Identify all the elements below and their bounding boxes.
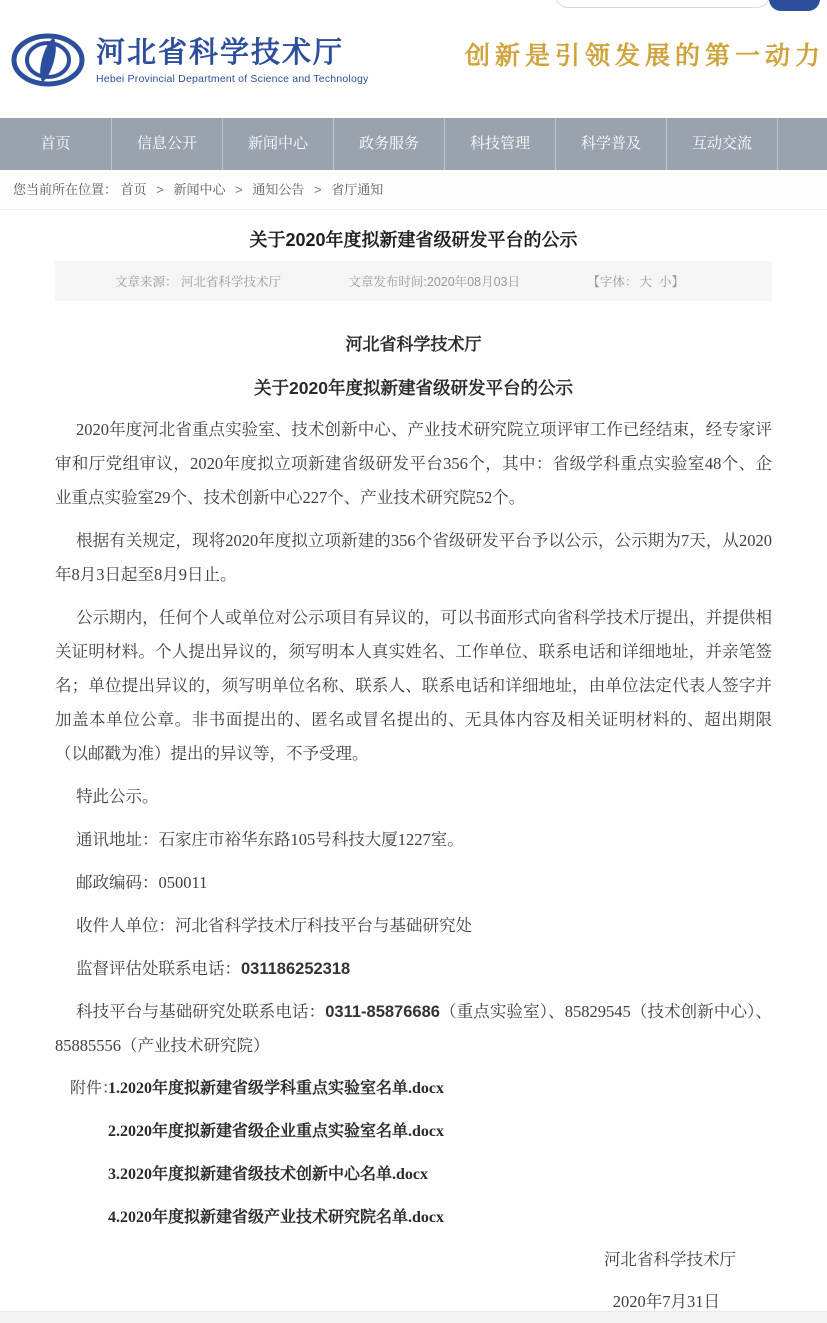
font-size-control: 【字体：大小】 xyxy=(587,272,684,290)
paragraph-postal-code: 邮政编码：050011 xyxy=(55,866,772,900)
logo-title: 河北省科学技术厅 xyxy=(96,36,368,70)
signature-org: 河北省科学技术厅 xyxy=(55,1243,772,1277)
nav-item-info-disclosure[interactable]: 信息公开 xyxy=(111,118,222,170)
paragraph-mailing-address: 通讯地址：石家庄市裕华东路105号科技大厦1227室。 xyxy=(55,823,772,857)
breadcrumb-home[interactable]: 首页 xyxy=(121,182,147,197)
attachment-link-enterprise-labs[interactable]: 2.2020年度拟新建省级企业重点实验室名单.docx xyxy=(108,1123,444,1140)
supervision-phone-label: 监督评估处联系电话： xyxy=(76,959,241,978)
site-slogan: 创新是引领发展的第一动力 xyxy=(465,36,825,72)
breadcrumb-label: 您当前所在位置： xyxy=(13,182,117,197)
search-button[interactable] xyxy=(769,0,820,11)
attachment-link-innovation-centers[interactable]: 3.2020年度拟新建省级技术创新中心名单.docx xyxy=(108,1166,428,1183)
page: 河北省科学技术厅 Hebei Provincial Department of … xyxy=(0,0,827,1323)
nav-filler xyxy=(777,118,827,170)
site-logo[interactable]: 河北省科学技术厅 Hebei Provincial Department of … xyxy=(10,32,368,88)
paragraph-supervision-phone: 监督评估处联系电话：031186252318 xyxy=(55,952,772,986)
nav-item-tech-management[interactable]: 科技管理 xyxy=(444,118,555,170)
platform-phone-number: 0311-85876686 xyxy=(325,1003,440,1021)
page-title: 关于2020年度拟新建省级研发平台的公示 xyxy=(55,227,772,253)
font-size-label-close: 】 xyxy=(671,275,684,289)
platform-phone-label: 科技平台与基础研究处联系电话： xyxy=(76,1002,325,1021)
nav-item-news-center[interactable]: 新闻中心 xyxy=(222,118,333,170)
article-content: 关于2020年度拟新建省级研发平台的公示 文章来源： 河北省科学技术厅 文章发布… xyxy=(0,227,827,1319)
breadcrumb: 您当前所在位置： 首页 > 新闻中心 > 通知公告 > 省厅通知 xyxy=(0,170,827,210)
attachment-row: 2.2020年度拟新建省级企业重点实验室名单.docx xyxy=(55,1115,772,1149)
breadcrumb-separator: > xyxy=(235,182,243,197)
breadcrumb-dept-notice[interactable]: 省厅通知 xyxy=(331,182,383,197)
paragraph-objection-rules: 公示期内，任何个人或单位对公示项目有异议的，可以书面形式向省科学技术厅提出，并提… xyxy=(55,601,772,771)
nav-item-home[interactable]: 首页 xyxy=(0,118,111,170)
breadcrumb-separator: > xyxy=(314,182,322,197)
attachments-section: 附件： 1.2020年度拟新建省级学科重点实验室名单.docx 2.2020年度… xyxy=(55,1072,772,1235)
supervision-phone-number: 031186252318 xyxy=(241,960,350,978)
logo-emblem-icon xyxy=(10,32,86,88)
nav-item-gov-services[interactable]: 政务服务 xyxy=(333,118,444,170)
breadcrumb-separator: > xyxy=(156,182,164,197)
paragraph-recipient-unit: 收件人单位：河北省科学技术厅科技平台与基础研究处 xyxy=(55,909,772,943)
nav-item-science-popularization[interactable]: 科学普及 xyxy=(555,118,666,170)
article-publish-time: 文章发布时间:2020年08月03日 xyxy=(348,272,520,290)
article-meta-bar: 文章来源： 河北省科学技术厅 文章发布时间:2020年08月03日 【字体：大小… xyxy=(55,261,772,301)
font-size-small-button[interactable]: 小 xyxy=(659,275,672,289)
paragraph-hereby-announced: 特此公示。 xyxy=(55,780,772,814)
search-input[interactable] xyxy=(555,0,770,8)
attachment-row: 附件： 1.2020年度拟新建省级学科重点实验室名单.docx xyxy=(55,1072,772,1106)
logo-subtitle: Hebei Provincial Department of Science a… xyxy=(96,73,368,85)
breadcrumb-news-center[interactable]: 新闻中心 xyxy=(174,182,226,197)
main-nav: 首页 信息公开 新闻中心 政务服务 科技管理 科学普及 互动交流 xyxy=(0,118,827,170)
article-source: 文章来源： 河北省科学技术厅 xyxy=(115,272,281,290)
paragraph-platform-phone: 科技平台与基础研究处联系电话：0311-85876686（重点实验室）、8582… xyxy=(55,995,772,1063)
attachments-label: 附件： xyxy=(70,1072,118,1106)
nav-item-interaction[interactable]: 互动交流 xyxy=(666,118,777,170)
attachment-link-industry-institutes[interactable]: 4.2020年度拟新建省级产业技术研究院名单.docx xyxy=(108,1209,444,1226)
site-header: 河北省科学技术厅 Hebei Provincial Department of … xyxy=(0,0,827,118)
document-org-heading: 河北省科学技术厅 xyxy=(55,333,772,357)
paragraph-review-result: 2020年度河北省重点实验室、技术创新中心、产业技术研究院立项评审工作已经结束，… xyxy=(55,413,772,515)
font-size-large-button[interactable]: 大 xyxy=(639,275,652,289)
signature-block: 河北省科学技术厅 2020年7月31日 xyxy=(55,1243,772,1319)
logo-text: 河北省科学技术厅 Hebei Provincial Department of … xyxy=(96,36,368,85)
document-title-heading: 关于2020年度拟新建省级研发平台的公示 xyxy=(55,376,772,400)
paragraph-publicity-period: 根据有关规定，现将2020年度拟立项新建的356个省级研发平台予以公示，公示期为… xyxy=(55,524,772,592)
footer-strip xyxy=(0,1311,827,1323)
attachment-link-key-labs[interactable]: 1.2020年度拟新建省级学科重点实验室名单.docx xyxy=(108,1080,444,1097)
attachment-row: 4.2020年度拟新建省级产业技术研究院名单.docx xyxy=(55,1201,772,1235)
font-size-label: 【字体： xyxy=(587,275,637,289)
attachment-row: 3.2020年度拟新建省级技术创新中心名单.docx xyxy=(55,1158,772,1192)
breadcrumb-notices[interactable]: 通知公告 xyxy=(252,182,304,197)
